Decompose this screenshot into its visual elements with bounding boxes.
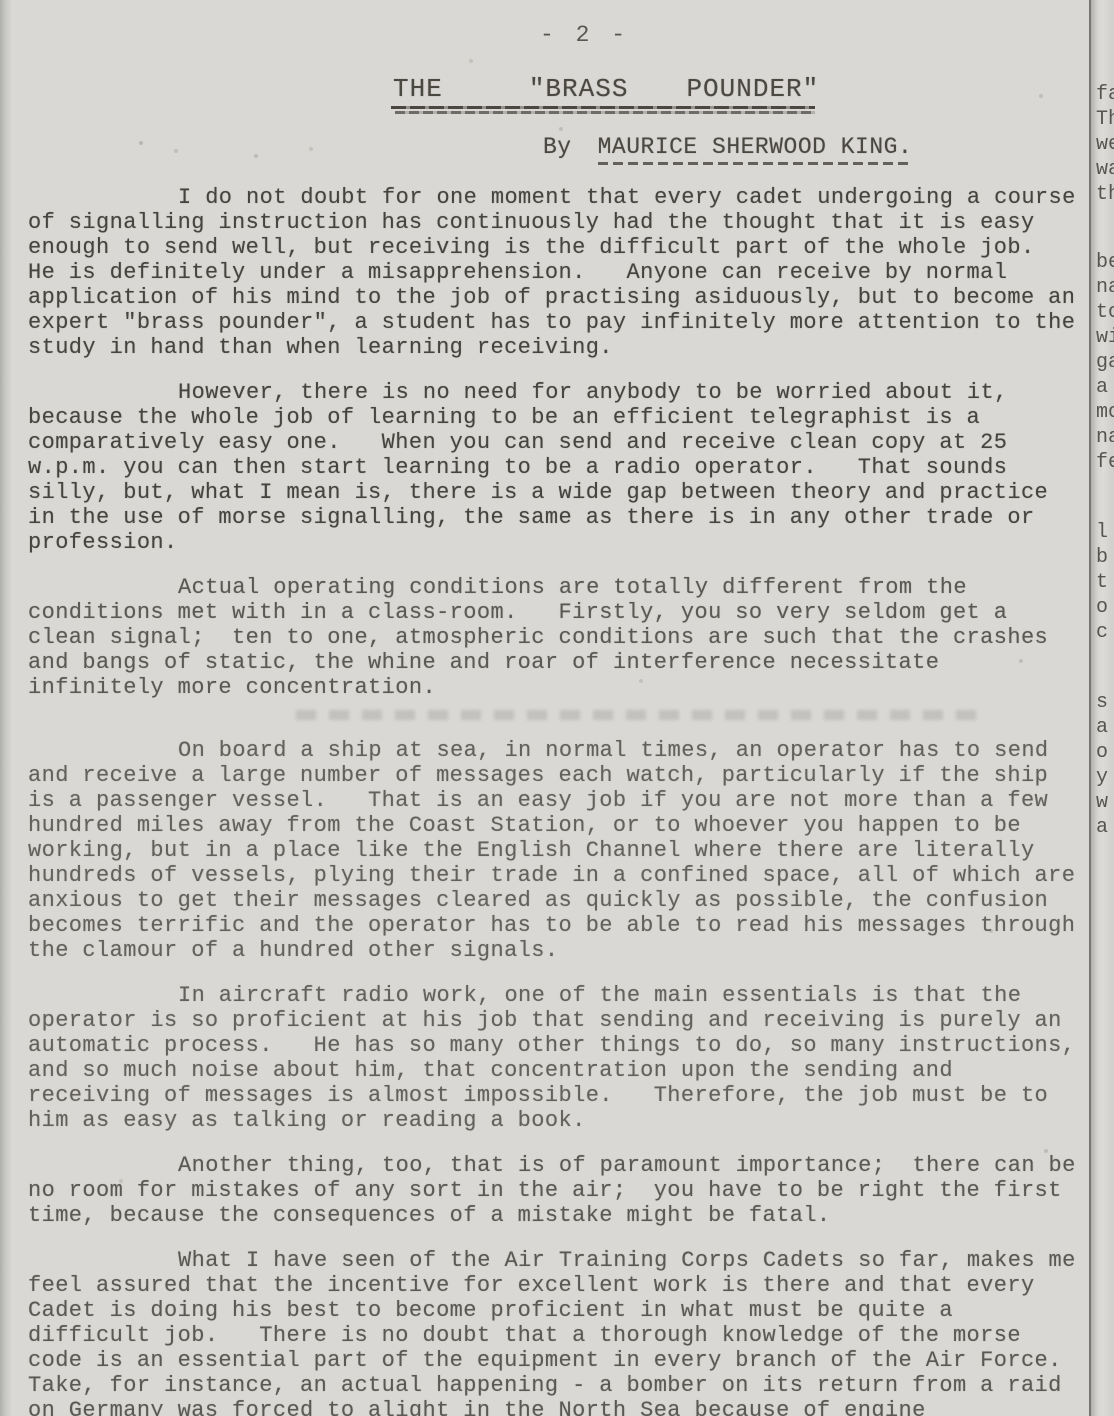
article-title: THE"BRASSPOUNDER" xyxy=(393,74,1078,104)
paragraph-6: Another thing, too, that is of paramount… xyxy=(28,1153,1080,1228)
scanned-document-page: - 2 - THE"BRASSPOUNDER" ByMAURICE SHERWO… xyxy=(0,0,1114,1416)
title-word-pounder: POUNDER" xyxy=(686,74,819,104)
paragraph-2: However, there is no need for anybody to… xyxy=(28,380,1080,555)
bleed-through-smudge xyxy=(296,708,986,722)
adjacent-page-text-fragment: l b t o c xyxy=(1096,520,1108,645)
paragraph-7: What I have seen of the Air Training Cor… xyxy=(28,1248,1080,1416)
paragraph-4: On board a ship at sea, in normal times,… xyxy=(28,738,1080,963)
byline: ByMAURICE SHERWOOD KING. xyxy=(543,134,1078,160)
adjacent-page-text-fragment: fa Th we wa th xyxy=(1096,82,1114,207)
title-underline xyxy=(391,106,815,114)
byline-prefix: By xyxy=(543,134,572,160)
byline-author-name: MAURICE SHERWOOD KING. xyxy=(598,134,913,165)
adjacent-page-text-fragment: s a o y w a xyxy=(1096,690,1108,840)
adjacent-page-edge: fa Th we wa th be na to wi ga a mo na fe… xyxy=(1089,0,1114,1416)
page-content: - 2 - THE"BRASSPOUNDER" ByMAURICE SHERWO… xyxy=(0,0,1114,1416)
page-left-edge-shadow xyxy=(0,0,12,1416)
adjacent-page-text-fragment: be na to wi ga a mo na fe xyxy=(1096,250,1114,475)
paragraph-1: I do not doubt for one moment that every… xyxy=(28,185,1080,360)
page-crease-line xyxy=(1089,0,1091,1416)
page-number: - 2 - xyxy=(540,22,1078,48)
paragraph-5: In aircraft radio work, one of the main … xyxy=(28,983,1080,1133)
title-word-brass: "BRASS xyxy=(529,74,629,104)
paragraph-3: Actual operating conditions are totally … xyxy=(28,575,1080,700)
title-word-the: THE xyxy=(393,74,443,104)
